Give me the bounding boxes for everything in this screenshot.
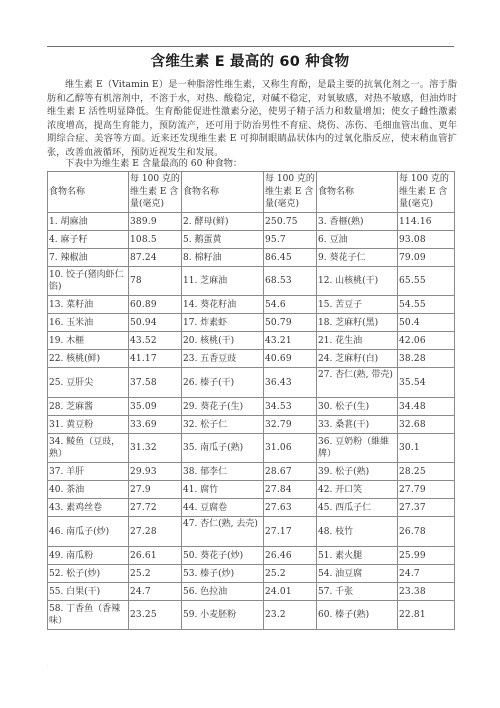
food-name-cell: 46. 南瓜子(炒) [48, 517, 129, 547]
amount-cell: 23.25 [129, 601, 182, 630]
amount-cell: 24.7 [398, 565, 455, 583]
table-row: 43. 素鸡丝卷27.7244. 豆腐卷27.6345. 西瓜子仁27.37 [48, 499, 455, 517]
table-row: 49. 南瓜粉26.6150. 葵花子(炒)26.4651. 素火腿25.99 [48, 547, 455, 565]
food-name-cell: 25. 豆肝尖 [48, 368, 129, 398]
food-name-cell: 60. 榛子(熟) [317, 601, 398, 630]
intro-paragraph: 维生素 E（Vitamin E）是一种脂溶性维生素，又称生育酚，是最主要的抗氧化… [47, 78, 457, 159]
food-name-cell: 47. 杏仁(熟, 去壳) [182, 517, 264, 547]
food-name-cell: 56. 色拉油 [182, 583, 264, 601]
food-name-cell: 59. 小麦胚粉 [182, 601, 264, 630]
food-name-cell: 26. 榛子(干) [182, 368, 264, 398]
amount-cell: 31.32 [129, 434, 182, 463]
header-food-name: 食物名称 [182, 172, 264, 213]
table-row: 28. 芝麻酱35.0929. 葵花子(生)34.5330. 松子(生)34.4… [48, 398, 455, 416]
amount-cell: 50.94 [129, 314, 182, 332]
food-name-cell: 38. 郁李仁 [182, 463, 264, 481]
amount-cell: 93.08 [398, 231, 455, 249]
amount-cell: 38.28 [398, 350, 455, 368]
amount-cell: 87.24 [129, 249, 182, 267]
table-header-row: 食物名称 每 100 克的维生素 E 含量(毫克) 食物名称 每 100 克的维… [48, 172, 455, 213]
food-name-cell: 48. 枝竹 [317, 517, 398, 547]
amount-cell: 25.99 [398, 547, 455, 565]
food-name-cell: 40. 茶油 [48, 481, 129, 499]
food-name-cell: 19. 木榧 [48, 332, 129, 350]
food-name-cell: 34. 鲮鱼（豆豉，熟） [48, 434, 129, 463]
amount-cell: 24.7 [129, 583, 182, 601]
food-name-cell: 30. 松子(生) [317, 398, 398, 416]
amount-cell: 27.79 [398, 481, 455, 499]
footer-mark: · [47, 663, 49, 669]
food-name-cell: 29. 葵花子(生) [182, 398, 264, 416]
amount-cell: 42.06 [398, 332, 455, 350]
table-intro-text: 下表中为维生素 E 含量最高的 60 种食物： [65, 157, 242, 170]
table-row: 34. 鲮鱼（豆豉，熟）31.3235. 南瓜子(熟)31.0636. 豆奶粉（… [48, 434, 455, 463]
food-name-cell: 9. 葵花子仁 [317, 249, 398, 267]
amount-cell: 54.55 [398, 296, 455, 314]
food-name-cell: 57. 千张 [317, 583, 398, 601]
table-row: 58. 丁香鱼（香辣味）23.2559. 小麦胚粉23.260. 榛子(熟)22… [48, 601, 455, 630]
vitamin-e-table: 食物名称 每 100 克的维生素 E 含量(毫克) 食物名称 每 100 克的维… [47, 171, 455, 630]
food-name-cell: 8. 棉籽油 [182, 249, 264, 267]
food-name-cell: 58. 丁香鱼（香辣味） [48, 601, 129, 630]
amount-cell: 79.09 [398, 249, 455, 267]
food-name-cell: 27. 杏仁(熟, 带壳) [317, 368, 398, 398]
food-name-cell: 2. 酵母(鲜) [182, 213, 264, 231]
amount-cell: 35.54 [398, 368, 455, 398]
header-amount: 每 100 克的维生素 E 含量(毫克) [398, 172, 455, 213]
table-row: 31. 黄豆粉33.6932. 松子仁32.7933. 桑葚(干)32.68 [48, 416, 455, 434]
amount-cell: 36.43 [264, 368, 317, 398]
table-row: 16. 玉米油50.9417. 炸素虾50.7918. 芝麻籽(黑)50.4 [48, 314, 455, 332]
amount-cell: 50.4 [398, 314, 455, 332]
amount-cell: 26.46 [264, 547, 317, 565]
food-name-cell: 3. 香榧(熟) [317, 213, 398, 231]
header-rule [47, 46, 454, 47]
amount-cell: 41.17 [129, 350, 182, 368]
food-name-cell: 22. 核桃(鲜) [48, 350, 129, 368]
amount-cell: 31.06 [264, 434, 317, 463]
amount-cell: 35.09 [129, 398, 182, 416]
food-name-cell: 39. 松子(熟) [317, 463, 398, 481]
food-name-cell: 33. 桑葚(干) [317, 416, 398, 434]
food-name-cell: 12. 山核桃(干) [317, 267, 398, 296]
amount-cell: 27.37 [398, 499, 455, 517]
table-row: 46. 南瓜子(炒)27.2847. 杏仁(熟, 去壳)27.1748. 枝竹2… [48, 517, 455, 547]
amount-cell: 32.68 [398, 416, 455, 434]
header-food-name: 食物名称 [48, 172, 129, 213]
food-name-cell: 32. 松子仁 [182, 416, 264, 434]
amount-cell: 27.63 [264, 499, 317, 517]
food-name-cell: 31. 黄豆粉 [48, 416, 129, 434]
amount-cell: 50.79 [264, 314, 317, 332]
food-name-cell: 36. 豆奶粉（維維牌） [317, 434, 398, 463]
amount-cell: 27.28 [129, 517, 182, 547]
amount-cell: 40.69 [264, 350, 317, 368]
header-amount: 每 100 克的维生素 E 含量(毫克) [129, 172, 182, 213]
food-name-cell: 42. 开口笑 [317, 481, 398, 499]
amount-cell: 86.45 [264, 249, 317, 267]
food-name-cell: 45. 西瓜子仁 [317, 499, 398, 517]
amount-cell: 28.25 [398, 463, 455, 481]
food-name-cell: 44. 豆腐卷 [182, 499, 264, 517]
table-row: 52. 松子(炒)25.253. 榛子(炒)25.254. 油豆腐24.7 [48, 565, 455, 583]
food-name-cell: 28. 芝麻酱 [48, 398, 129, 416]
food-name-cell: 51. 素火腿 [317, 547, 398, 565]
amount-cell: 22.81 [398, 601, 455, 630]
amount-cell: 32.79 [264, 416, 317, 434]
amount-cell: 25.2 [129, 565, 182, 583]
table-row: 1. 胡麻油389.92. 酵母(鲜)250.753. 香榧(熟)114.16 [48, 213, 455, 231]
amount-cell: 23.2 [264, 601, 317, 630]
amount-cell: 34.53 [264, 398, 317, 416]
food-name-cell: 35. 南瓜子(熟) [182, 434, 264, 463]
food-name-cell: 43. 素鸡丝卷 [48, 499, 129, 517]
food-name-cell: 50. 葵花子(炒) [182, 547, 264, 565]
amount-cell: 60.89 [129, 296, 182, 314]
amount-cell: 43.52 [129, 332, 182, 350]
amount-cell: 30.1 [398, 434, 455, 463]
table-row: 13. 菜籽油60.8914. 葵花籽油54.615. 苦豆子54.55 [48, 296, 455, 314]
food-name-cell: 14. 葵花籽油 [182, 296, 264, 314]
amount-cell: 23.38 [398, 583, 455, 601]
amount-cell: 54.6 [264, 296, 317, 314]
header-food-name: 食物名称 [317, 172, 398, 213]
food-name-cell: 5. 鹅蛋黄 [182, 231, 264, 249]
amount-cell: 27.17 [264, 517, 317, 547]
table-row: 7. 辣椒油87.248. 棉籽油86.459. 葵花子仁79.09 [48, 249, 455, 267]
amount-cell: 28.67 [264, 463, 317, 481]
amount-cell: 65.55 [398, 267, 455, 296]
amount-cell: 27.72 [129, 499, 182, 517]
amount-cell: 34.48 [398, 398, 455, 416]
amount-cell: 389.9 [129, 213, 182, 231]
amount-cell: 29.93 [129, 463, 182, 481]
amount-cell: 95.7 [264, 231, 317, 249]
food-name-cell: 6. 豆油 [317, 231, 398, 249]
amount-cell: 250.75 [264, 213, 317, 231]
food-name-cell: 41. 腐竹 [182, 481, 264, 499]
amount-cell: 78 [129, 267, 182, 296]
food-name-cell: 13. 菜籽油 [48, 296, 129, 314]
food-name-cell: 52. 松子(炒) [48, 565, 129, 583]
amount-cell: 24.01 [264, 583, 317, 601]
amount-cell: 27.9 [129, 481, 182, 499]
amount-cell: 114.16 [398, 213, 455, 231]
food-name-cell: 16. 玉米油 [48, 314, 129, 332]
food-name-cell: 20. 核桃(干) [182, 332, 264, 350]
food-name-cell: 7. 辣椒油 [48, 249, 129, 267]
food-name-cell: 1. 胡麻油 [48, 213, 129, 231]
food-name-cell: 55. 白果(干) [48, 583, 129, 601]
food-name-cell: 18. 芝麻籽(黑) [317, 314, 398, 332]
amount-cell: 25.2 [264, 565, 317, 583]
food-name-cell: 53. 榛子(炒) [182, 565, 264, 583]
table-row: 37. 羊肝29.9338. 郁李仁28.6739. 松子(熟)28.25 [48, 463, 455, 481]
table-row: 4. 麻子籽108.55. 鹅蛋黄95.76. 豆油93.08 [48, 231, 455, 249]
food-name-cell: 4. 麻子籽 [48, 231, 129, 249]
corner-mark: · [449, 41, 451, 47]
amount-cell: 43.21 [264, 332, 317, 350]
food-name-cell: 23. 五香豆豉 [182, 350, 264, 368]
food-name-cell: 49. 南瓜粉 [48, 547, 129, 565]
food-name-cell: 21. 花生油 [317, 332, 398, 350]
food-name-cell: 11. 芝麻油 [182, 267, 264, 296]
food-name-cell: 15. 苦豆子 [317, 296, 398, 314]
food-name-cell: 10. 饺子(猪肉虾仁馅) [48, 267, 129, 296]
amount-cell: 37.58 [129, 368, 182, 398]
table-row: 40. 茶油27.941. 腐竹27.8442. 开口笑27.79 [48, 481, 455, 499]
table-row: 25. 豆肝尖37.5826. 榛子(干)36.4327. 杏仁(熟, 带壳)3… [48, 368, 455, 398]
page-title: 含维生素 E 最高的 60 种食物 [0, 50, 500, 71]
food-name-cell: 54. 油豆腐 [317, 565, 398, 583]
table-row: 10. 饺子(猪肉虾仁馅)7811. 芝麻油68.5312. 山核桃(干)65.… [48, 267, 455, 296]
amount-cell: 26.78 [398, 517, 455, 547]
amount-cell: 33.69 [129, 416, 182, 434]
amount-cell: 108.5 [129, 231, 182, 249]
table-row: 19. 木榧43.5220. 核桃(干)43.2121. 花生油42.06 [48, 332, 455, 350]
amount-cell: 27.84 [264, 481, 317, 499]
table-row: 55. 白果(干)24.756. 色拉油24.0157. 千张23.38 [48, 583, 455, 601]
amount-cell: 68.53 [264, 267, 317, 296]
food-name-cell: 24. 芝麻籽(白) [317, 350, 398, 368]
amount-cell: 26.61 [129, 547, 182, 565]
food-name-cell: 37. 羊肝 [48, 463, 129, 481]
header-amount: 每 100 克的维生素 E 含量(毫克) [264, 172, 317, 213]
table-row: 22. 核桃(鲜)41.1723. 五香豆豉40.6924. 芝麻籽(白)38.… [48, 350, 455, 368]
food-name-cell: 17. 炸素虾 [182, 314, 264, 332]
